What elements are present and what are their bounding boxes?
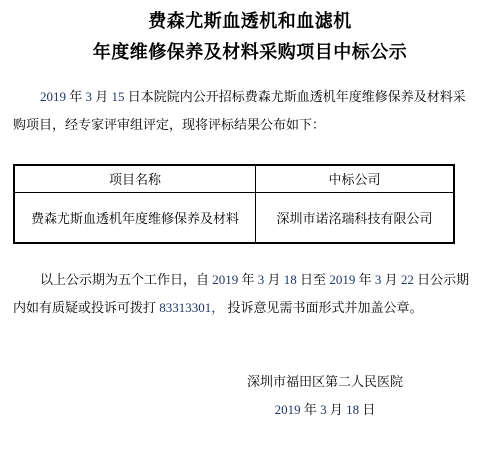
number-text-run: 2019	[40, 89, 66, 104]
column-header-project-name: 项目名称	[14, 165, 256, 192]
text-run: 内如有质疑或投诉可拨打	[13, 300, 159, 315]
text-run: 月	[327, 402, 347, 417]
text-run: 月	[264, 272, 284, 287]
text-run: 月	[381, 272, 401, 287]
cell-winning-company: 深圳市诺洺瑞科技有限公司	[256, 192, 455, 243]
intro-paragraph: 2019 年 3 月 15 日本院院内公开招标费森尤斯血透机年度维修保养及材料采…	[13, 83, 469, 139]
notice-document: 费森尤斯血透机和血滤机 年度维修保养及材料采购项目中标公示 2019 年 3 月…	[0, 0, 500, 476]
title-line-2: 年度维修保养及材料采购项目中标公示	[13, 37, 487, 68]
text-run: 日	[359, 402, 375, 417]
table-row: 费森尤斯血透机年度维修保养及材料 深圳市诺洺瑞科技有限公司	[14, 192, 454, 243]
bid-result-table: 项目名称 中标公司 费森尤斯血透机年度维修保养及材料 深圳市诺洺瑞科技有限公司	[13, 164, 455, 244]
number-text-run: 22	[401, 272, 414, 287]
text-run: 月	[92, 89, 112, 104]
signature-block: 深圳市福田区第二人民医院 2019 年 3 月 18 日	[150, 368, 500, 424]
text-run: 年	[238, 272, 258, 287]
text-run: 年	[301, 402, 321, 417]
paragraph-line: 2019 年 3 月 15 日本院院内公开招标费森尤斯血透机年度维修保养及材料采	[13, 83, 469, 111]
text-run: 年	[66, 89, 86, 104]
table-header-row: 项目名称 中标公司	[14, 165, 454, 192]
text-run: 日至	[297, 272, 330, 287]
paragraph-line: 购项目，经专家评审组评定，现将评标结果公布如下：	[13, 111, 469, 139]
text-run: 以上公示期为五个工作日，自	[40, 272, 212, 287]
paragraph-line: 以上公示期为五个工作日，自 2019 年 3 月 18 日至 2019 年 3 …	[13, 266, 469, 294]
column-header-winning-company: 中标公司	[256, 165, 455, 192]
document-title: 费森尤斯血透机和血滤机 年度维修保养及材料采购项目中标公示	[13, 6, 487, 68]
text-run: 日本院院内公开招标费森尤斯血透机年度维修保养及材料采	[125, 89, 466, 104]
cell-project-name: 费森尤斯血透机年度维修保养及材料	[14, 192, 256, 243]
number-text-run: 18	[284, 272, 297, 287]
number-text-run: 2019	[275, 402, 301, 417]
number-text-run: 18	[346, 402, 359, 417]
number-text-run: 2019	[329, 272, 355, 287]
issue-date: 2019 年 3 月 18 日	[150, 396, 500, 424]
text-run: 日公示期	[414, 272, 469, 287]
notice-period-paragraph: 以上公示期为五个工作日，自 2019 年 3 月 18 日至 2019 年 3 …	[13, 266, 469, 322]
issuing-organization: 深圳市福田区第二人民医院	[150, 368, 500, 396]
text-run: 投诉意见需书面形式并加盖公章。	[224, 300, 422, 315]
paragraph-line: 内如有质疑或投诉可拨打 83313301， 投诉意见需书面形式并加盖公章。	[13, 294, 469, 322]
number-text-run: 2019	[212, 272, 238, 287]
number-text-run: 15	[112, 89, 125, 104]
text-run: 购项目，经专家评审组评定，现将评标结果公布如下：	[13, 117, 325, 132]
text-run: 年	[355, 272, 375, 287]
number-text-run: 83313301，	[159, 300, 224, 315]
title-line-1: 费森尤斯血透机和血滤机	[13, 6, 487, 37]
